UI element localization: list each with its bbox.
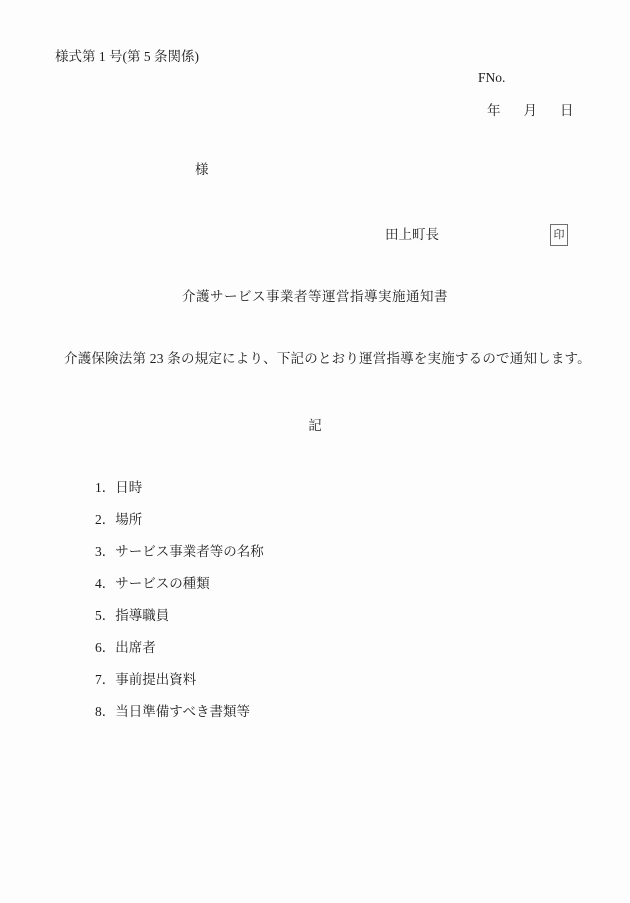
day-label: 日 [560, 102, 574, 121]
list-item-number: 7． [95, 671, 115, 690]
list-item-service-type: 4． サービスの種類 [95, 568, 264, 600]
list-item-label: サービス事業者等の名称 [115, 543, 264, 562]
list-item-label: サービスの種類 [115, 575, 210, 594]
month-label: 月 [524, 102, 538, 121]
list-item-attendees: 6． 出席者 [95, 632, 264, 664]
list-item-label: 場所 [115, 511, 142, 530]
sender-title: 田上町長 [385, 226, 439, 245]
list-item-label: 指導職員 [115, 607, 169, 626]
body-paragraph: 介護保険法第 23 条の規定により、下記のとおり運営指導を実施するので通知します… [64, 350, 591, 369]
list-item-number: 3． [95, 543, 115, 562]
list-item-label: 事前提出資料 [115, 671, 196, 690]
document-title: 介護サービス事業者等運営指導実施通知書 [0, 288, 630, 307]
list-item-number: 5． [95, 607, 115, 626]
list-item-label: 日時 [115, 479, 142, 498]
list-item-number: 2． [95, 511, 115, 530]
date-line: 年 月 日 [487, 102, 574, 121]
list-item-advance-documents: 7． 事前提出資料 [95, 664, 264, 696]
document-page: 様式第 1 号(第 5 条関係) FNo. 年 月 日 様 田上町長 印 介護サ… [0, 0, 630, 903]
list-item-label: 当日準備すべき書類等 [115, 703, 250, 722]
list-item-label: 出席者 [115, 639, 156, 658]
seal-box: 印 [550, 224, 568, 246]
list-item-number: 6． [95, 639, 115, 658]
list-item-number: 8． [95, 703, 115, 722]
list-item-day-documents: 8． 当日準備すべき書類等 [95, 696, 264, 728]
seal-label: 印 [554, 230, 565, 241]
notice-item-list: 1． 日時 2． 場所 3． サービス事業者等の名称 4． サービスの種類 5．… [95, 472, 264, 728]
list-item-datetime: 1． 日時 [95, 472, 264, 504]
list-item-guidance-staff: 5． 指導職員 [95, 600, 264, 632]
list-item-number: 4． [95, 575, 115, 594]
list-item-number: 1． [95, 479, 115, 498]
list-item-provider-name: 3． サービス事業者等の名称 [95, 536, 264, 568]
form-number: 様式第 1 号(第 5 条関係) [55, 48, 199, 67]
document-number-label: FNo. [478, 69, 505, 88]
year-label: 年 [487, 102, 501, 121]
list-item-place: 2． 場所 [95, 504, 264, 536]
addressee-honorific: 様 [195, 161, 209, 180]
list-header-ki: 記 [0, 417, 630, 436]
